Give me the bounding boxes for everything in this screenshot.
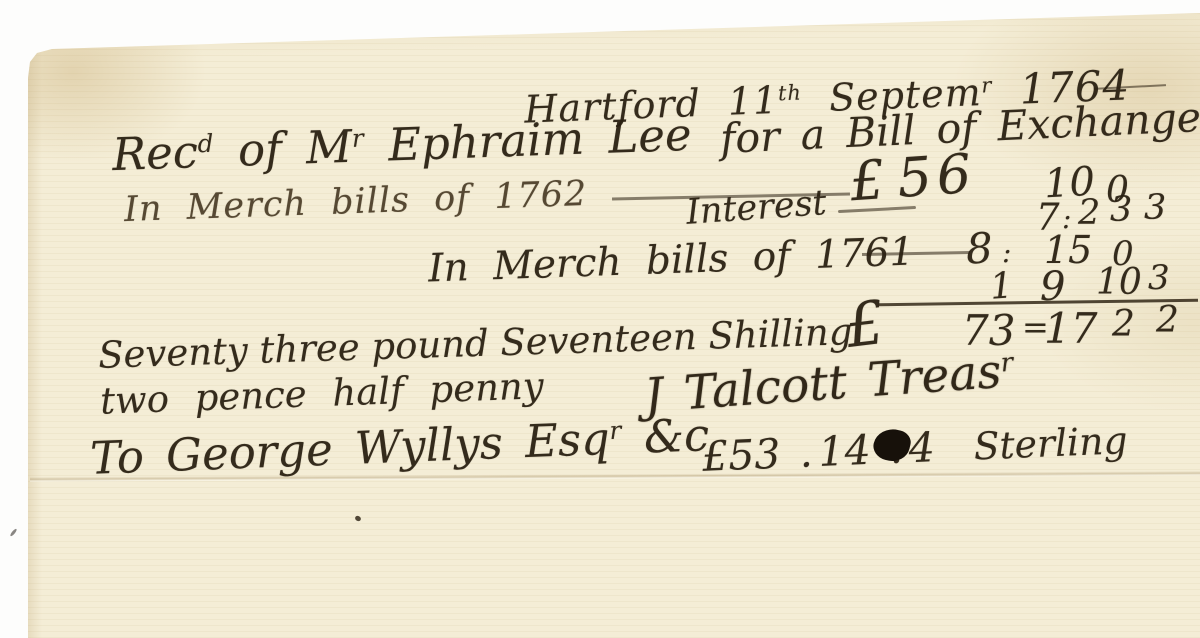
sterling-unit: Sterling	[973, 418, 1129, 468]
sterling-dot-1: .	[798, 428, 813, 477]
sterling-pounds: 53	[727, 430, 781, 480]
scan-background: { "colors": { "background": "#fdfdfc", "…	[0, 0, 1200, 638]
shillings-interest: 2	[1078, 193, 1100, 233]
pence-carry: 10	[1096, 262, 1142, 303]
sterling-pence: 4	[908, 423, 952, 473]
addressee-suffix: &c	[643, 408, 710, 463]
total-pence: 2	[1112, 304, 1135, 345]
currency-symbol-1762: £	[848, 148, 892, 214]
received-word: Rec	[111, 125, 199, 181]
sterling-shillings: 14	[817, 426, 871, 476]
farthings-carry: 3	[1148, 258, 1170, 298]
dateline-day-ordinal: th	[778, 80, 803, 105]
received-of: of M	[237, 120, 353, 177]
dateline-month-suffix: r	[981, 73, 993, 97]
sterling-currency: £	[701, 432, 729, 481]
farthings-interest: 3	[1144, 188, 1166, 228]
pence-interest: 3	[1110, 190, 1132, 230]
sep-1761: :	[1002, 236, 1011, 269]
payer-name: Ephraim Lee	[387, 108, 692, 172]
ink-speck-2	[9, 528, 17, 537]
ink-blot	[871, 425, 914, 465]
addressee-sup: r	[609, 416, 622, 445]
ledger-amount-1762-pounds: £56	[848, 142, 978, 214]
received-word-sup: d	[197, 129, 214, 159]
signature-sup: r	[1000, 348, 1014, 379]
total-farthings: 2	[1156, 300, 1179, 341]
pounds-1762: 56	[895, 142, 978, 210]
total-shillings: 17	[1044, 304, 1097, 353]
received-of-sup: r	[351, 123, 364, 152]
